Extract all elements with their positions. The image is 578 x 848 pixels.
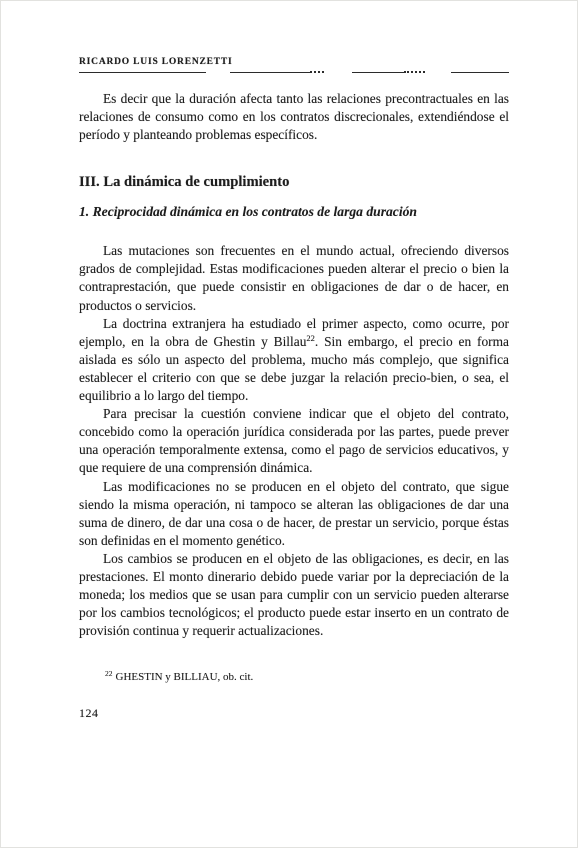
paragraph-block: Las mutaciones son frecuentes en el mund…	[79, 242, 509, 640]
book-page: RICARDO LUIS LORENZETTI Es decir que la …	[0, 0, 578, 848]
intro-paragraph: Es decir que la duración afecta tanto la…	[79, 90, 509, 144]
page-header: RICARDO LUIS LORENZETTI	[79, 57, 509, 73]
page-footer: 22GHESTIN y BILLIAU, ob. cit. 124	[79, 666, 509, 721]
header-rule-segment	[230, 69, 310, 73]
header-rule-segment	[352, 69, 404, 73]
header-rule-gap	[324, 70, 352, 73]
header-rule-gap	[206, 70, 230, 73]
section-heading: III. La dinámica de cumplimiento	[79, 173, 509, 192]
header-rule	[79, 68, 509, 73]
footnote-text: GHESTIN y BILLIAU, ob. cit.	[116, 671, 254, 683]
paragraph: Las mutaciones son frecuentes en el mund…	[79, 242, 509, 314]
page-number: 124	[79, 706, 509, 721]
header-rule-gap	[425, 70, 451, 73]
subsection-heading: 1. Reciprocidad dinámica en los contrato…	[79, 203, 509, 221]
header-rule-dots	[310, 67, 324, 73]
header-rule-segment	[451, 69, 509, 73]
header-rule-dots	[404, 67, 426, 73]
running-head: RICARDO LUIS LORENZETTI	[79, 57, 509, 67]
paragraph: Los cambios se producen en el objeto de …	[79, 550, 509, 640]
footnote-reference: 22	[306, 333, 315, 343]
footnote: 22GHESTIN y BILLIAU, ob. cit.	[79, 666, 509, 685]
header-rule-segment	[79, 69, 206, 73]
footnote-marker: 22	[105, 669, 113, 678]
paragraph: Las modificaciones no se producen en el …	[79, 478, 509, 550]
page-content: RICARDO LUIS LORENZETTI Es decir que la …	[79, 57, 509, 721]
paragraph: Para precisar la cuestión conviene indic…	[79, 405, 509, 477]
paragraph-with-footnote-ref: La doctrina extranjera ha estudiado el p…	[79, 315, 509, 405]
body-text: Es decir que la duración afecta tanto la…	[79, 90, 509, 640]
